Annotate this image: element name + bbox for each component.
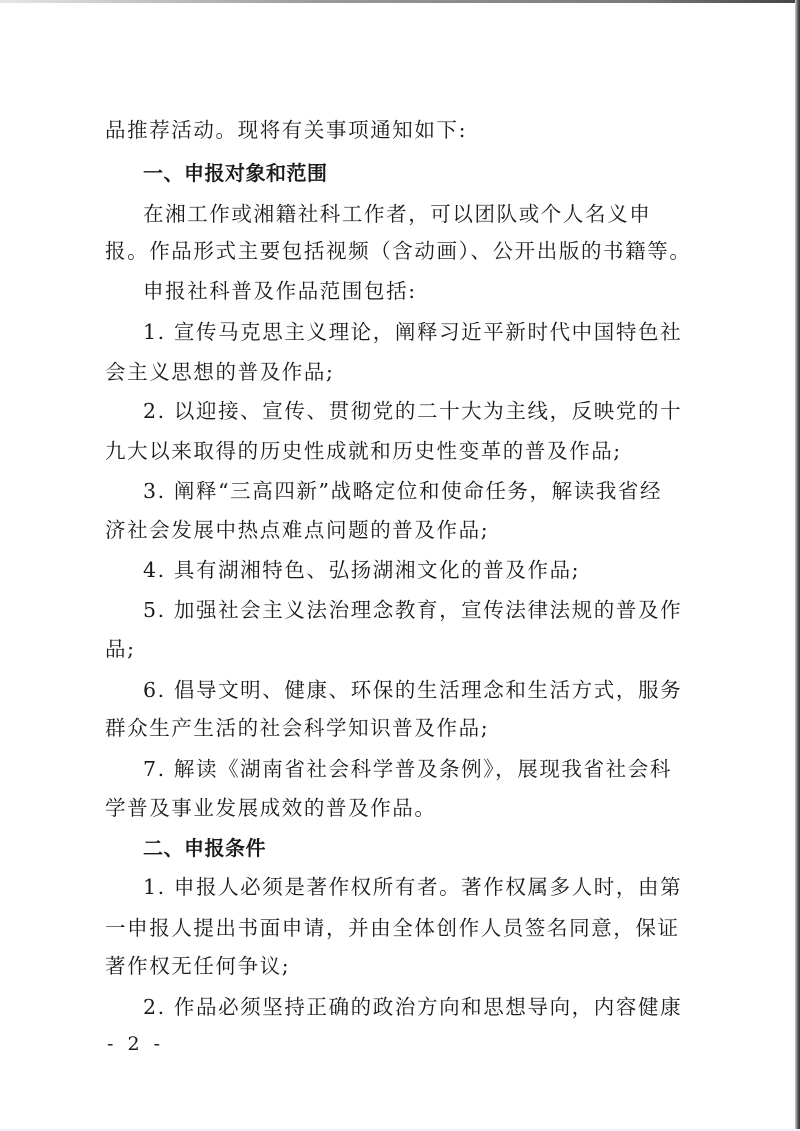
list-item-4: 4. 具有湖湘特色、弘扬湖湘文化的普及作品; (143, 557, 703, 583)
body-line: 品推荐活动。现将有关事项通知如下: (105, 117, 665, 143)
condition-item-2: 2. 作品必须坚持正确的政治方向和思想导向，内容健康 (143, 994, 703, 1020)
list-item-5: 5. 加强社会主义法治理念教育，宣传法律法规的普及作 (143, 597, 703, 623)
list-item-1: 1. 宣传马克思主义理论，阐释习近平新时代中国特色社 (143, 319, 703, 345)
list-item-7: 7. 解读《湖南省社会科学普及条例》，展现我省社会科 (143, 756, 703, 782)
body-line: 学普及事业发展成效的普及作品。 (105, 795, 665, 821)
list-item-2: 2. 以迎接、宣传、贯彻党的二十大为主线，反映党的十 (143, 398, 703, 424)
list-item-3: 3. 阐释“三高四新”战略定位和使命任务，解读我省经 (143, 478, 703, 504)
paragraph-line: 申报社科普及作品范围包括: (143, 278, 703, 304)
document-page: 品推荐活动。现将有关事项通知如下: 一、申报对象和范围 在湘工作或湘籍社科工作者… (0, 0, 800, 1131)
body-line: 会主义思想的普及作品; (105, 359, 665, 385)
list-item-6: 6. 倡导文明、健康、环保的生活理念和生活方式，服务 (143, 677, 703, 703)
body-line: 济社会发展中热点难点问题的普及作品; (105, 517, 665, 543)
body-line: 报。作品形式主要包括视频（含动画）、公开出版的书籍等。 (105, 238, 665, 264)
section-heading-1: 一、申报对象和范围 (143, 160, 703, 186)
section-heading-2: 二、申报条件 (143, 835, 703, 861)
body-line: 品; (105, 636, 665, 662)
paragraph-line: 在湘工作或湘籍社科工作者，可以团队或个人名义申 (143, 201, 703, 227)
body-line: 一申报人提出书面申请，并由全体创作人员签名同意，保证 (105, 915, 665, 941)
condition-item-1: 1. 申报人必须是著作权所有者。著作权属多人时，由第 (143, 874, 703, 900)
body-line: 群众生产生活的社会科学知识普及作品; (105, 715, 665, 741)
body-line: 九大以来取得的历史性成就和历史性变革的普及作品; (105, 438, 665, 464)
page-number: - 2 - (107, 1033, 164, 1055)
body-line: 著作权无任何争议; (105, 953, 665, 979)
